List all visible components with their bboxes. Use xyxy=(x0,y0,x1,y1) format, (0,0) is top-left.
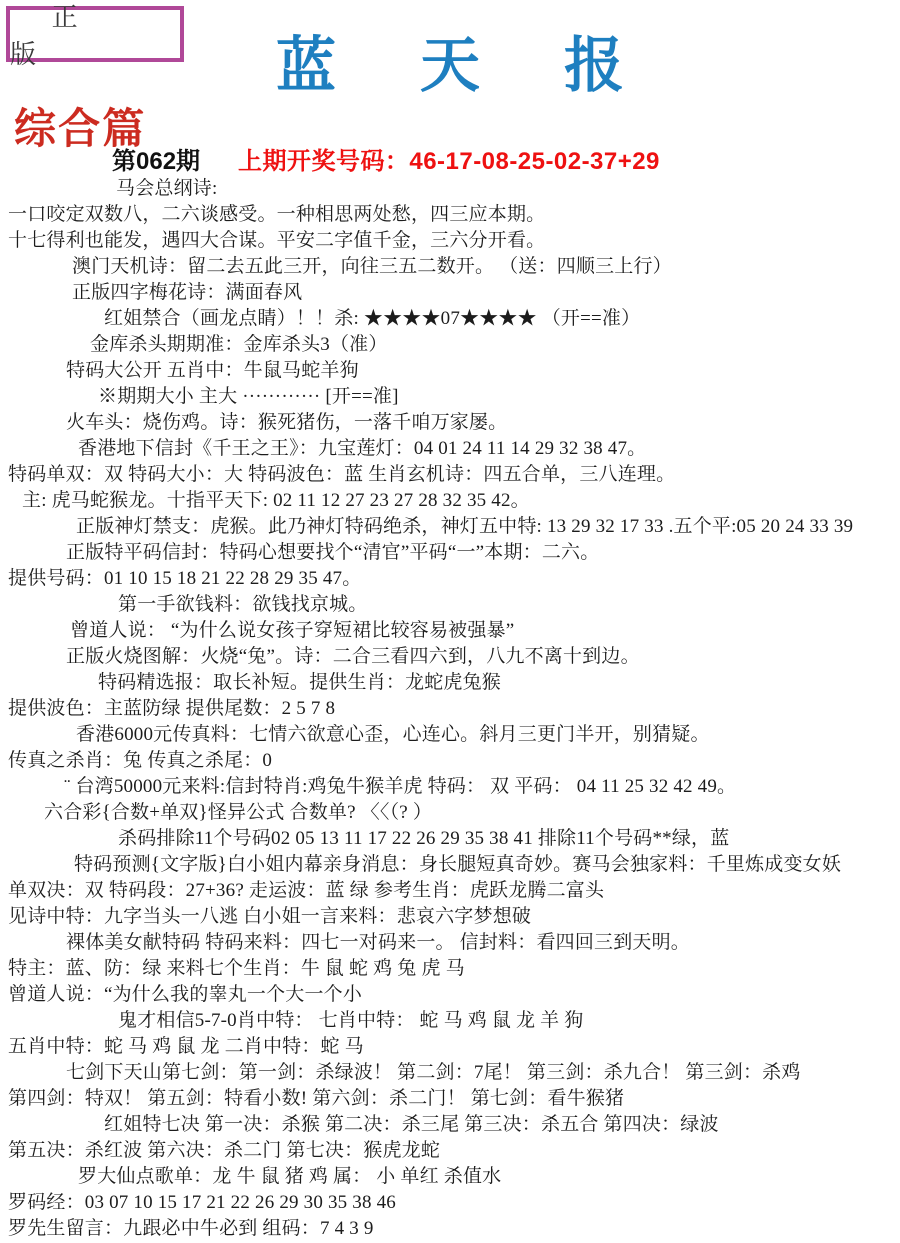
body-line: 一口咬定双数八，二六谈感受。一种相思两处愁，四三应本期。 xyxy=(6,202,896,228)
body-line: 单双决：双 特码段：27+36? 走运波：蓝 绿 参考生肖：虎跃龙腾二富头 xyxy=(6,878,896,904)
issue-number: 第062期 xyxy=(112,141,200,176)
body-line: 十七得利也能发，遇四大合谋。平安二字值千金，三六分开看。 xyxy=(6,228,896,254)
body-line: 杀码排除11个号码02 05 13 11 17 22 26 29 35 38 4… xyxy=(6,826,896,852)
body-line: 特码精选报：取长补短。提供生肖：龙蛇虎兔猴 xyxy=(6,670,896,696)
body-line: 火车头：烧伤鸡。诗：猴死猪伤，一落千咱万家屡。 xyxy=(6,410,896,436)
body-line: ¨ 台湾50000元来料:信封特肖:鸡兔牛猴羊虎 特码： 双 平码： 04 11… xyxy=(6,774,896,800)
body-line: 澳门天机诗：留二去五此三开，向往三五二数开。 （送：四顺三上行） xyxy=(6,254,896,280)
body-line: 罗大仙点歌单：龙 牛 鼠 猪 鸡 属： 小 单红 杀值水 xyxy=(6,1164,896,1190)
body-line: 第五决：杀红波 第六决：杀二门 第七决：猴虎龙蛇 xyxy=(6,1138,896,1164)
body-line: 马会总纲诗: xyxy=(6,176,896,202)
tips-body: 马会总纲诗:一口咬定双数八，二六谈感受。一种相思两处愁，四三应本期。十七得利也能… xyxy=(6,176,896,1242)
body-line: 罗码经：03 07 10 15 17 21 22 26 29 30 35 38 … xyxy=(6,1190,896,1216)
body-line: ※期期大小 主大 ············ [开==准] xyxy=(6,384,896,410)
body-line: 香港地下信封《千王之王》：九宝莲灯：04 01 24 11 14 29 32 3… xyxy=(6,436,896,462)
body-line: 传真之杀肖：兔 传真之杀尾：0 xyxy=(6,748,896,774)
body-line: 曾道人说： “为什么说女孩子穿短裙比较容易被强暴” xyxy=(6,618,896,644)
body-line: 裸体美女献特码 特码来料：四七一对码来一。 信封料：看四回三到天明。 xyxy=(6,930,896,956)
body-line: 特码大公开 五肖中：牛鼠马蛇羊狗 xyxy=(6,358,896,384)
body-line: 正版神灯禁支：虎猴。此乃神灯特码绝杀，神灯五中特: 13 29 32 17 33… xyxy=(6,514,896,540)
body-line: 正版火烧图解：火烧“兔”。诗：二合三看四六到，八九不离十到边。 xyxy=(6,644,896,670)
paper-title: 蓝天报 xyxy=(0,18,900,104)
body-line: 香港6000元传真料：七情六欲意心歪，心连心。斜月三更门半开，别猜疑。 xyxy=(6,722,896,748)
body-line: 主: 虎马蛇猴龙。十指平天下: 02 11 12 27 23 27 28 32 … xyxy=(6,488,896,514)
body-line: 正版四字梅花诗：满面春风 xyxy=(6,280,896,306)
body-line: 六合彩{合数+单双}怪异公式 合数单? 〈〈（? ） xyxy=(6,800,896,826)
body-line: 正版特平码信封：特码心想要找个“清官”平码“一”本期：二六。 xyxy=(6,540,896,566)
body-line: 第四剑：特双！ 第五剑：特看小数! 第六剑：杀二门！ 第七剑：看牛猴猪 xyxy=(6,1086,896,1112)
body-line: 提供号码：01 10 15 18 21 22 28 29 35 47。 xyxy=(6,566,896,592)
body-line: 见诗中特：九字当头一八逃 白小姐一言来料：悲哀六字梦想破 xyxy=(6,904,896,930)
body-line: 金库杀头期期准：金库杀头3（准） xyxy=(6,332,896,358)
body-line: 第一手欲钱料：欲钱找京城。 xyxy=(6,592,896,618)
issue-row: 第062期 上期开奖号码：46-17-08-25-02-37+29 xyxy=(0,141,900,176)
body-line: 提供波色：主蓝防绿 提供尾数：2 5 7 8 xyxy=(6,696,896,722)
body-line: 特码预测{文字版}白小姐内幕亲身消息：身长腿短真奇妙。赛马会独家料：千里炼成变女… xyxy=(6,852,896,878)
last-draw-numbers: 上期开奖号码：46-17-08-25-02-37+29 xyxy=(238,141,660,176)
body-line: 罗先生留言：九跟必中牛必到 组码：7 4 3 9 xyxy=(6,1216,896,1242)
body-line: 七剑下天山第七剑：第一剑：杀绿波！ 第二剑：7尾！ 第三剑：杀九合！ 第三剑：杀… xyxy=(6,1060,896,1086)
body-line: 鬼才相信5-7-0肖中特： 七肖中特： 蛇 马 鸡 鼠 龙 羊 狗 xyxy=(6,1008,896,1034)
body-line: 五肖中特：蛇 马 鸡 鼠 龙 二肖中特：蛇 马 xyxy=(6,1034,896,1060)
body-line: 曾道人说：“为什么我的睾丸一个大一个小 xyxy=(6,982,896,1008)
body-line: 特主：蓝、防：绿 来料七个生肖：牛 鼠 蛇 鸡 兔 虎 马 xyxy=(6,956,896,982)
newspaper-page: 正 版 蓝天报 综合篇 第062期 上期开奖号码：46-17-08-25-02-… xyxy=(0,0,900,1243)
body-line: 特码单双：双 特码大小：大 特码波色：蓝 生肖玄机诗：四五合单，三八连理。 xyxy=(6,462,896,488)
body-line: 红姐特七决 第一决：杀猴 第二决：杀三尾 第三决：杀五合 第四决：绿波 xyxy=(6,1112,896,1138)
body-line: 红姐禁合（画龙点睛）！！杀: ★★★★07★★★★ （开==准） xyxy=(6,306,896,332)
